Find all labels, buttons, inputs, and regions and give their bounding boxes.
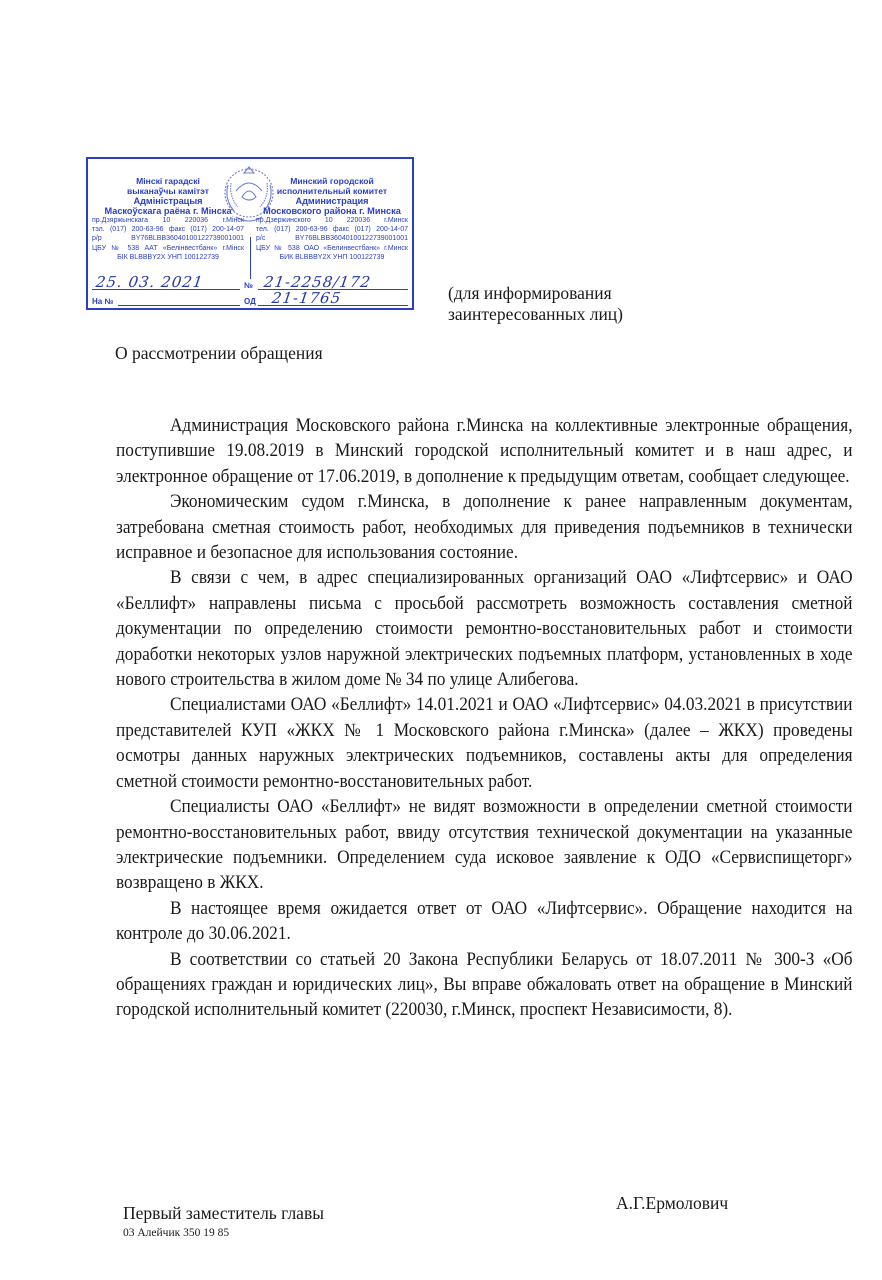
stamp-address: пр.Дзяржынскага 10 220036 г.Мінск: [90, 216, 246, 225]
stamp-bank: ЦБУ № 538 ААТ «Белінвестбанк» г.Мінск: [90, 244, 246, 253]
addressee-block: (для информирования заинтересованных лиц…: [448, 283, 623, 325]
stamp-bik: БИК BLBBBY2X УНП 100122739: [254, 253, 410, 262]
body-paragraph: Специалистами ОАО «Беллифт» 14.01.2021 и…: [116, 692, 853, 794]
stamp-org-line: выканаўчы камітэт: [90, 187, 246, 197]
stamp-phone: тел. (017) 200-63-96 факс (017) 200-14-0…: [254, 225, 410, 234]
stamp-date-row: 25. 03. 2021 № 21-2258/172: [92, 276, 408, 292]
registration-stamp: Мінскі гарадскі выканаўчы камітэт Адміні…: [86, 157, 414, 310]
signer-name: А.Г.Ермолович: [616, 1193, 728, 1214]
body-paragraph: В связи с чем, в адрес специализированны…: [116, 565, 853, 692]
body-paragraph: В настоящее время ожидается ответ от ОАО…: [116, 896, 853, 947]
stamp-bank: ЦБУ № 538 ОАО «Белинвестбанк» г.Минск: [254, 244, 410, 253]
letter-body: Администрация Московского района г.Минск…: [116, 413, 853, 1023]
body-paragraph: Администрация Московского района г.Минск…: [116, 413, 853, 489]
stamp-phone: тэл. (017) 200-63-96 факс (017) 200-14-0…: [90, 225, 246, 234]
stamp-org-line: исполнительный комитет: [254, 187, 410, 197]
addressee-line: (для информирования: [448, 283, 623, 304]
stamp-ref-label: На №: [92, 297, 113, 306]
executor-contact: 03 Алейчик 350 19 85: [123, 1227, 229, 1239]
stamp-dept-line: Маскоўскага раёна г. Мінска: [90, 206, 246, 216]
body-paragraph: Специалисты ОАО «Беллифт» не видят возмо…: [116, 794, 853, 896]
stamp-account: р/с BY76BLBB36040100122739001001: [254, 234, 410, 243]
signer-title: Первый заместитель главы: [123, 1203, 324, 1224]
stamp-dept-line: Адміністрацыя: [90, 196, 246, 206]
stamp-belarusian-column: Мінскі гарадскі выканаўчы камітэт Адміні…: [90, 167, 246, 262]
stamp-russian-column: Минский городской исполнительный комитет…: [254, 167, 410, 262]
stamp-dept-line: Московского района г. Минска: [254, 206, 410, 216]
stamp-date-value: 25. 03. 2021: [95, 273, 205, 291]
stamp-reference-row: На № ОД 21-1765: [92, 292, 408, 308]
stamp-ref-field: [118, 291, 240, 306]
letter-subject: О рассмотрении обращения: [115, 343, 323, 364]
body-paragraph: Экономическим судом г.Минска, в дополнен…: [116, 489, 853, 565]
stamp-number-label: №: [244, 281, 253, 290]
stamp-account: р/р BY76BLBB36040100122739001001: [90, 234, 246, 243]
stamp-dept-line: Администрация: [254, 196, 410, 206]
stamp-divider: [250, 237, 251, 279]
addressee-line: заинтересованных лиц): [448, 304, 623, 325]
stamp-from-value: 21-1765: [271, 289, 343, 307]
stamp-from-label: ОД: [244, 297, 256, 306]
stamp-bik: БІК BLBBBY2X УНП 100122739: [90, 253, 246, 262]
body-paragraph: В соответствии со статьей 20 Закона Респ…: [116, 947, 853, 1023]
stamp-address: пр.Дзержинского 10 220036 г.Минск: [254, 216, 410, 225]
